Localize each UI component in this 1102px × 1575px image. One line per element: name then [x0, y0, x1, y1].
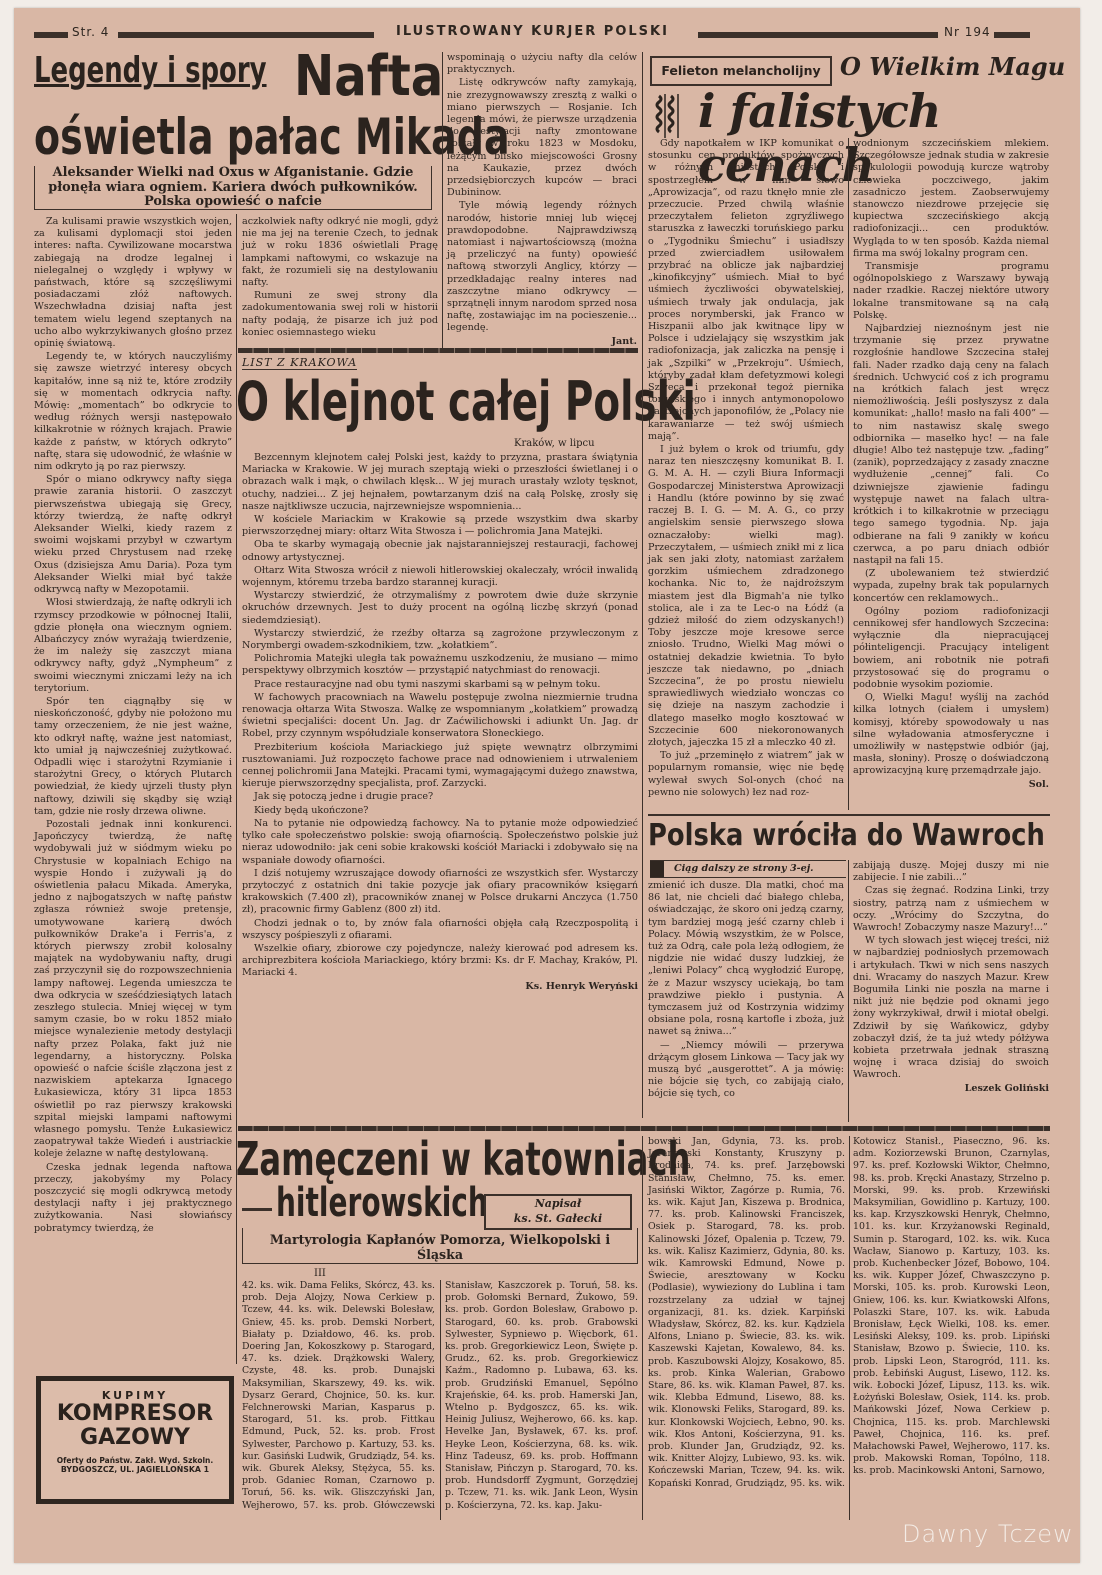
paragraph: Wszelkie ofiary, zbiorowe czy pojedyncze…: [242, 943, 638, 980]
column-rule: [848, 860, 849, 1122]
paragraph: Za kulisami prawie wszystkich wojen, za …: [34, 216, 232, 350]
nafta-col1: Za kulisami prawie wszystkich wojen, za …: [34, 216, 232, 1236]
paragraph: zabijają duszę. Mojej duszy mi nie zabij…: [853, 860, 1049, 884]
nafta-signature: Jant.: [447, 336, 637, 348]
byline-label: Napisał: [486, 1196, 630, 1211]
paragraph: Spór ten ciągnąłby się w nieskończoność,…: [34, 696, 232, 818]
paragraph: Czas się żegnać. Rodzina Linki, trzy sio…: [853, 885, 1049, 934]
felieton-signature: Sol.: [853, 779, 1049, 791]
zameczeni-part: III: [314, 1268, 326, 1279]
newspaper-page: Str. 4 ILUSTROWANY KURJER POLSKI Nr 194 …: [14, 8, 1080, 1563]
paragraph: — „Niemcy mówili — przerywa drżącym głos…: [648, 1040, 844, 1101]
paragraph: Włosi stwierdzają, że naftę odkryli ich …: [34, 597, 232, 695]
ad-line: BYDGOSZCZ, UL. JAGIELLOŃSKA 1: [41, 1465, 229, 1474]
zameczeni-list-a: 42. ks. wik. Dama Feliks, Skórcz, 43. ks…: [242, 1280, 638, 1520]
section-divider: [648, 814, 1050, 816]
column-rule: [642, 52, 643, 1118]
nafta-col3: wspominają o użyciu nafty dla celów prak…: [447, 52, 637, 348]
paragraph: Kiedy będą ukończone?: [242, 805, 638, 817]
issue-number: Nr 194: [944, 25, 991, 39]
ad-line: GAZOWY: [41, 1426, 229, 1450]
paragraph: Prace restauracyjne nad obu tymi naszymi…: [242, 679, 638, 691]
paragraph: Listę odkrywców nafty zamykają, nie zrez…: [447, 77, 637, 199]
wawroch-col1: zmienić ich dusze. Dla matki, choć ma 86…: [648, 880, 844, 1102]
paragraph: W fachowych pracowniach na Wawelu postęp…: [242, 692, 638, 741]
paragraph: Pozostali jednak inni konkurenci. Japońc…: [34, 819, 232, 1161]
marker-block-icon: [650, 861, 664, 877]
section-divider: [238, 1126, 1050, 1131]
martyr-list: 42. ks. wik. Dama Feliks, Skórcz, 43. ks…: [242, 1280, 638, 1512]
paragraph: zmienić ich dusze. Dla matki, choć ma 86…: [648, 880, 844, 1039]
zameczeni-list-b: bowski Jan, Gdynia, 73. ks. prob. Jarano…: [648, 1136, 1050, 1520]
felieton-col1: Gdy napotkałem w IKP komunikat o stosunk…: [648, 138, 844, 800]
paragraph: Tyle mówią legendy różnych narodów, hist…: [447, 200, 637, 334]
nafta-col2: aczkolwiek nafty odkryć nie mogli, gdyż …: [242, 216, 438, 340]
krakow-kicker: LIST Z KRAKOWA: [242, 356, 357, 370]
rule: [242, 1208, 272, 1211]
felieton-col2: wodnionym szczecińskiem mlekiem. Szczegó…: [853, 138, 1049, 791]
felieton-label: Felieton melancholijny: [650, 56, 832, 86]
nafta-deck: Aleksander Wielki nad Oxus w Afganistani…: [34, 166, 432, 210]
nafta-headline-a: Nafta: [294, 44, 443, 109]
krakow-body: Bezcennym klejnotem całej Polski jest, k…: [242, 452, 638, 993]
paragraph: W kościele Mariackim w Krakowie są przed…: [242, 514, 638, 538]
column-rule: [642, 1136, 643, 1520]
paragraph: Oba te skarby wymagają obecnie jak najst…: [242, 539, 638, 563]
paragraph: To już „przeminęło z wiatrem” jak w popu…: [648, 750, 844, 799]
paragraph: Legendy te, w których nauczyliśmy się za…: [34, 351, 232, 473]
byline-author: ks. St. Gałecki: [486, 1211, 630, 1226]
paragraph: Wystarczy stwierdzić, że rzeźby ołtarza …: [242, 628, 638, 652]
paragraph: Polichromia Matejki uległa tak poważnemu…: [242, 653, 638, 677]
felieton-headline-a: O Wielkim Magu: [840, 52, 1065, 81]
paragraph: aczkolwiek nafty odkryć nie mogli, gdyż …: [242, 216, 438, 289]
paragraph: Rumuni ze swej strony dla zadokumentowan…: [242, 290, 438, 339]
paragraph: O, Wielki Magu! wyślij na zachód kilka l…: [853, 692, 1049, 777]
paragraph: Na to pytanie nie odpowiedzą fachowcy. N…: [242, 818, 638, 867]
masthead-title: ILUSTROWANY KURJER POLSKI: [396, 24, 669, 39]
zameczeni-headline-b: hitlerowskich: [276, 1180, 488, 1226]
paragraph: Chodzi jednak o to, by znów fala ofiarno…: [242, 918, 638, 942]
wawroch-headline: Polska wróciła do Wawroch: [648, 818, 1045, 853]
page-number: Str. 4: [72, 25, 109, 39]
wawroch-col2: zabijają duszę. Mojej duszy mi nie zabij…: [853, 860, 1049, 1095]
zameczeni-deck: Martyrologia Kapłanów Pomorza, Wielkopol…: [242, 1228, 638, 1264]
paragraph: W tych słowach jest więcej treści, niż w…: [853, 935, 1049, 1081]
ad-line: Oferty do Państw. Zakł. Wyd. Szkoln.: [41, 1456, 229, 1465]
paragraph: Spór o miano odkrywcy nafty sięga prawie…: [34, 474, 232, 596]
masthead-rule: [994, 32, 1030, 38]
paragraph: I dziś notujemy wzruszające dowody ofiar…: [242, 868, 638, 917]
paragraph: Bezcennym klejnotem całej Polski jest, k…: [242, 452, 638, 513]
paragraph: Ołtarz Wita Stwosza wrócił z niewoli hit…: [242, 565, 638, 589]
paragraph: Prezbiterium kościoła Mariackiego już sp…: [242, 742, 638, 791]
section-divider: [238, 348, 638, 353]
zameczeni-byline-box: Napisał ks. St. Gałecki: [484, 1194, 632, 1230]
nafta-headline-b: oświetla pałac Mikada: [34, 108, 510, 166]
paragraph: wodnionym szczecińskiem mlekiem. Szczegó…: [853, 138, 1049, 260]
paragraph: Jak się potoczą jedne i drugie prace?: [242, 791, 638, 803]
zameczeni-headline-a: Zamęczeni w katowniach: [236, 1132, 690, 1186]
watermark: Dawny Tczew: [902, 1520, 1074, 1548]
krakow-dateline: Kraków, w lipcu: [514, 438, 595, 449]
paragraph: Wystarczy stwierdzić, że otrzymaliśmy z …: [242, 590, 638, 627]
krakow-headline: O klejnot całej Polski: [236, 370, 696, 433]
wawroch-continued: Ciąg dalszy ze strony 3-ej.: [650, 860, 846, 878]
masthead-rule: [118, 32, 374, 38]
paragraph: Czeska jednak legenda naftowa przeczy, j…: [34, 1162, 232, 1235]
continued-label: Ciąg dalszy ze strony 3-ej.: [674, 863, 814, 874]
ad-line: KOMPRESOR: [41, 1402, 229, 1426]
paragraph: (Z ubolewaniem też stwierdzić wypada, zu…: [853, 568, 1049, 605]
paragraph: Najbardziej nieznośnym jest nie trzymani…: [853, 323, 1049, 567]
krakow-signature: Ks. Henryk Weryński: [242, 981, 638, 993]
nafta-kicker: Legendy i spory: [34, 50, 267, 91]
paragraph: Transmisje programu ogólnopolskiego z Wa…: [853, 261, 1049, 322]
paragraph: I już byłem o krok od triumfu, gdy naraz…: [648, 444, 844, 749]
paragraph: Gdy napotkałem w IKP komunikat o stosunk…: [648, 138, 844, 443]
paragraph: Ogólny poziom radiofonizacji cennikowej …: [853, 606, 1049, 691]
column-rule: [848, 138, 849, 810]
masthead-rule: [34, 32, 68, 38]
wawroch-signature: Leszek Goliński: [853, 1083, 1049, 1095]
paragraph: wspominają o użyciu nafty dla celów prak…: [447, 52, 637, 76]
martyr-list: bowski Jan, Gdynia, 73. ks. prob. Jarano…: [648, 1136, 1050, 1490]
advertisement-compressor: KUPIMY KOMPRESOR GAZOWY Oferty do Państw…: [36, 1376, 234, 1504]
wave-icon: [654, 94, 688, 138]
masthead-rule: [698, 32, 938, 38]
column-rule: [442, 52, 443, 348]
